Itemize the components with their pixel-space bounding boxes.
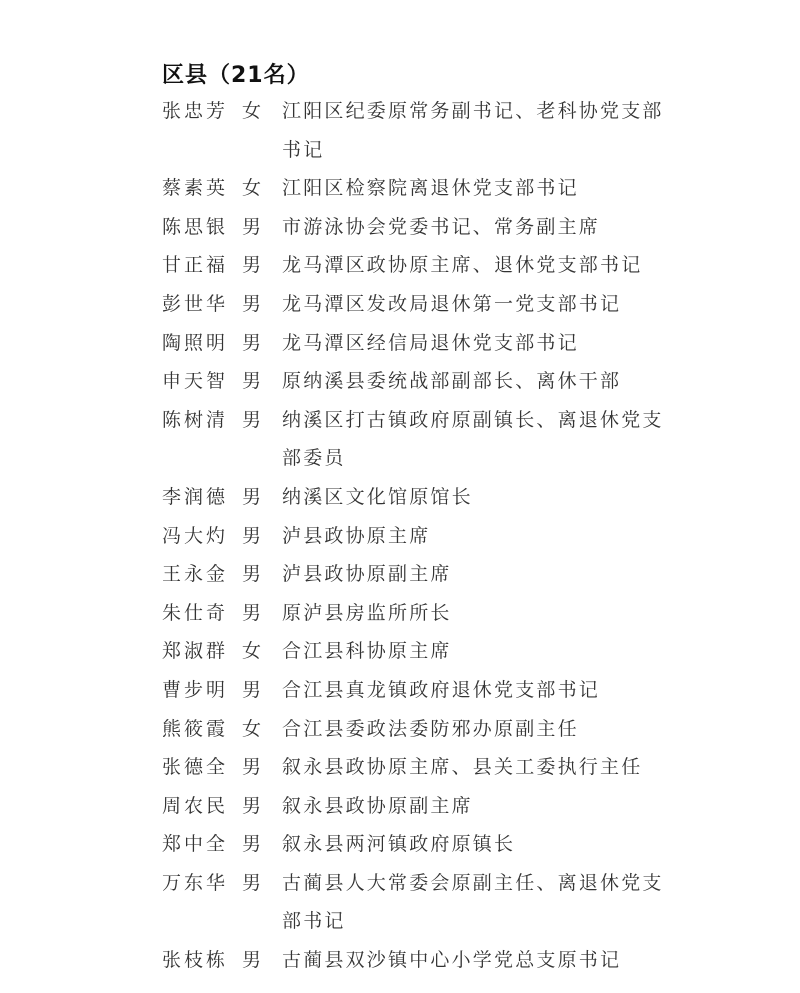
member-name: 张德全 xyxy=(162,748,242,787)
position-line: 部书记 xyxy=(282,902,652,941)
member-position: 合江县科协原主席 xyxy=(282,632,652,671)
member-position: 龙马潭区经信局退休党支部书记 xyxy=(282,324,652,363)
member-position: 泸县政协原副主席 xyxy=(282,555,652,594)
position-line: 江阳区纪委原常务副书记、老科协党支部 xyxy=(282,92,652,131)
member-name: 陶照明 xyxy=(162,324,242,363)
position-line: 龙马潭区发改局退休第一党支部书记 xyxy=(282,285,652,324)
list-item: 彭世华 男 龙马潭区发改局退休第一党支部书记 xyxy=(162,285,662,324)
position-line: 书记 xyxy=(282,131,652,170)
member-gender: 男 xyxy=(242,208,282,247)
member-gender: 男 xyxy=(242,864,282,903)
list-item: 朱仕奇 男 原泸县房监所所长 xyxy=(162,594,662,633)
member-position: 泸县政协原主席 xyxy=(282,517,652,556)
member-position: 江阳区纪委原常务副书记、老科协党支部 书记 xyxy=(282,92,652,169)
member-gender: 男 xyxy=(242,401,282,440)
member-position: 古蔺县双沙镇中心小学党总支原书记 xyxy=(282,941,652,980)
member-position: 龙马潭区政协原主席、退休党支部书记 xyxy=(282,246,652,285)
position-line: 部委员 xyxy=(282,439,652,478)
position-line: 合江县科协原主席 xyxy=(282,632,652,671)
list-item: 曹步明 男 合江县真龙镇政府退休党支部书记 xyxy=(162,671,662,710)
list-item: 张德全 男 叙永县政协原主席、县关工委执行主任 xyxy=(162,748,662,787)
list-item: 甘正福 男 龙马潭区政协原主席、退休党支部书记 xyxy=(162,246,662,285)
member-position: 叙永县政协原副主席 xyxy=(282,787,652,826)
member-name: 曹步明 xyxy=(162,671,242,710)
position-line: 龙马潭区经信局退休党支部书记 xyxy=(282,324,652,363)
position-line: 原泸县房监所所长 xyxy=(282,594,652,633)
member-position: 合江县委政法委防邪办原副主任 xyxy=(282,710,652,749)
position-line: 泸县政协原主席 xyxy=(282,517,652,556)
member-position: 纳溪区打古镇政府原副镇长、离退休党支 部委员 xyxy=(282,401,652,478)
member-gender: 男 xyxy=(242,246,282,285)
member-position: 古蔺县人大常委会原副主任、离退休党支 部书记 xyxy=(282,864,652,941)
member-position: 合江县真龙镇政府退休党支部书记 xyxy=(282,671,652,710)
member-position: 原泸县房监所所长 xyxy=(282,594,652,633)
position-line: 龙马潭区政协原主席、退休党支部书记 xyxy=(282,246,652,285)
member-gender: 男 xyxy=(242,594,282,633)
position-line: 合江县委政法委防邪办原副主任 xyxy=(282,710,652,749)
position-line: 古蔺县双沙镇中心小学党总支原书记 xyxy=(282,941,652,980)
position-line: 叙永县政协原副主席 xyxy=(282,787,652,826)
list-item: 王永金 男 泸县政协原副主席 xyxy=(162,555,662,594)
position-line: 原纳溪县委统战部副部长、离休干部 xyxy=(282,362,652,401)
member-name: 李润德 xyxy=(162,478,242,517)
member-position: 叙永县两河镇政府原镇长 xyxy=(282,825,652,864)
member-name: 陈思银 xyxy=(162,208,242,247)
member-gender: 男 xyxy=(242,941,282,980)
member-gender: 男 xyxy=(242,285,282,324)
member-gender: 男 xyxy=(242,555,282,594)
member-name: 彭世华 xyxy=(162,285,242,324)
member-name: 申天智 xyxy=(162,362,242,401)
list-item: 陈思银 男 市游泳协会党委书记、常务副主席 xyxy=(162,208,662,247)
member-position: 纳溪区文化馆原馆长 xyxy=(282,478,652,517)
list-item: 万东华 男 古蔺县人大常委会原副主任、离退休党支 部书记 xyxy=(162,864,662,941)
section-title: 区县（21名） xyxy=(162,58,310,89)
list-item: 申天智 男 原纳溪县委统战部副部长、离休干部 xyxy=(162,362,662,401)
list-item: 周农民 男 叙永县政协原副主席 xyxy=(162,787,662,826)
member-name: 冯大灼 xyxy=(162,517,242,556)
member-gender: 男 xyxy=(242,517,282,556)
member-gender: 女 xyxy=(242,710,282,749)
document-page: 区县（21名） 张忠芳 女 江阳区纪委原常务副书记、老科协党支部 书记 蔡素英 … xyxy=(0,0,800,993)
member-gender: 男 xyxy=(242,478,282,517)
position-line: 纳溪区文化馆原馆长 xyxy=(282,478,652,517)
member-gender: 女 xyxy=(242,632,282,671)
member-name: 张枝栋 xyxy=(162,941,242,980)
member-gender: 男 xyxy=(242,362,282,401)
member-gender: 女 xyxy=(242,169,282,208)
list-item: 张枝栋 男 古蔺县双沙镇中心小学党总支原书记 xyxy=(162,941,662,980)
list-item: 郑中全 男 叙永县两河镇政府原镇长 xyxy=(162,825,662,864)
position-line: 纳溪区打古镇政府原副镇长、离退休党支 xyxy=(282,401,652,440)
member-name: 蔡素英 xyxy=(162,169,242,208)
position-line: 叙永县两河镇政府原镇长 xyxy=(282,825,652,864)
list-item: 李润德 男 纳溪区文化馆原馆长 xyxy=(162,478,662,517)
member-name: 万东华 xyxy=(162,864,242,903)
member-gender: 女 xyxy=(242,92,282,131)
member-name: 熊筱霞 xyxy=(162,710,242,749)
list-item: 陈树清 男 纳溪区打古镇政府原副镇长、离退休党支 部委员 xyxy=(162,401,662,478)
list-item: 熊筱霞 女 合江县委政法委防邪办原副主任 xyxy=(162,710,662,749)
member-name: 郑淑群 xyxy=(162,632,242,671)
member-gender: 男 xyxy=(242,324,282,363)
member-position: 龙马潭区发改局退休第一党支部书记 xyxy=(282,285,652,324)
member-name: 王永金 xyxy=(162,555,242,594)
member-position: 江阳区检察院离退休党支部书记 xyxy=(282,169,652,208)
position-line: 江阳区检察院离退休党支部书记 xyxy=(282,169,652,208)
list-item: 蔡素英 女 江阳区检察院离退休党支部书记 xyxy=(162,169,662,208)
position-line: 泸县政协原副主席 xyxy=(282,555,652,594)
list-item: 张忠芳 女 江阳区纪委原常务副书记、老科协党支部 书记 xyxy=(162,92,662,169)
member-name: 张忠芳 xyxy=(162,92,242,131)
member-position: 原纳溪县委统战部副部长、离休干部 xyxy=(282,362,652,401)
member-gender: 男 xyxy=(242,787,282,826)
member-position: 市游泳协会党委书记、常务副主席 xyxy=(282,208,652,247)
member-gender: 男 xyxy=(242,748,282,787)
member-name: 甘正福 xyxy=(162,246,242,285)
list-item: 冯大灼 男 泸县政协原主席 xyxy=(162,517,662,556)
member-name: 朱仕奇 xyxy=(162,594,242,633)
member-position: 叙永县政协原主席、县关工委执行主任 xyxy=(282,748,652,787)
member-gender: 男 xyxy=(242,825,282,864)
list-item: 陶照明 男 龙马潭区经信局退休党支部书记 xyxy=(162,324,662,363)
member-list: 张忠芳 女 江阳区纪委原常务副书记、老科协党支部 书记 蔡素英 女 江阳区检察院… xyxy=(162,92,662,980)
list-item: 郑淑群 女 合江县科协原主席 xyxy=(162,632,662,671)
member-gender: 男 xyxy=(242,671,282,710)
position-line: 合江县真龙镇政府退休党支部书记 xyxy=(282,671,652,710)
position-line: 叙永县政协原主席、县关工委执行主任 xyxy=(282,748,652,787)
position-line: 市游泳协会党委书记、常务副主席 xyxy=(282,208,652,247)
member-name: 周农民 xyxy=(162,787,242,826)
position-line: 古蔺县人大常委会原副主任、离退休党支 xyxy=(282,864,652,903)
member-name: 陈树清 xyxy=(162,401,242,440)
member-name: 郑中全 xyxy=(162,825,242,864)
